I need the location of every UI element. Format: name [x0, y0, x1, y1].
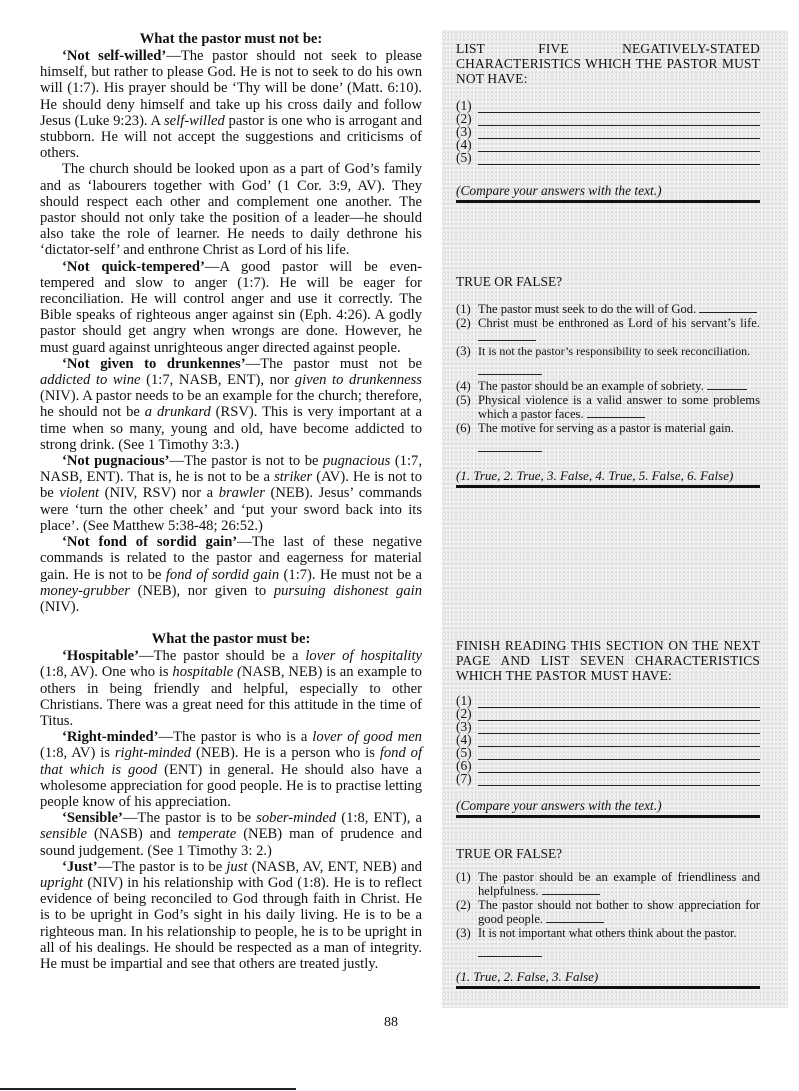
exercise-margin: LIST FIVE NEGATIVELY-STATED CHARACTERIST… [442, 30, 788, 1008]
answer-blank[interactable] [707, 379, 747, 390]
divider [456, 485, 760, 488]
quiz-item: (2)Christ must be enthroned as Lord of h… [456, 316, 760, 344]
bottom-rule [0, 1088, 296, 1090]
answer-line[interactable]: (7) [456, 773, 760, 786]
paragraph-not-self-willed: ‘Not self-willed’—The pastor should not … [40, 48, 422, 161]
exercise-heading: FINISH READING THIS SECTION ON THE NEXT … [456, 638, 760, 683]
answer-blank[interactable] [478, 749, 760, 760]
answer-blank[interactable] [478, 128, 760, 139]
answer-line[interactable]: (2) [456, 708, 760, 721]
term: ‘Not quick-tempered’ [62, 259, 205, 275]
term: ‘Hospitable’ [62, 648, 139, 664]
divider [456, 815, 760, 818]
quiz-title: TRUE OR FALSE? [456, 274, 760, 289]
answer-blank[interactable] [587, 407, 645, 418]
paragraph-right-minded: ‘Right-minded’—The pastor is who is a lo… [40, 729, 422, 810]
answer-blank[interactable] [478, 115, 760, 126]
answer-line[interactable]: (1) [456, 100, 760, 113]
quiz-item: (6)The motive for serving as a pastor is… [456, 421, 760, 435]
answer-blank[interactable] [478, 762, 760, 773]
answer-blank[interactable] [478, 775, 760, 786]
true-false-quiz-2: TRUE OR FALSE? (1)The pastor should be a… [456, 846, 760, 989]
answer-line[interactable]: (5) [456, 747, 760, 760]
divider [456, 986, 760, 989]
paragraph-not-fond-of-sordid-gain: ‘Not fond of sordid gain’—The last of th… [40, 534, 422, 615]
paragraph-not-given-to-drunkenness: ‘Not given to drunkennes’—The pastor mus… [40, 356, 422, 453]
quiz-item: (2)The pastor should not bother to show … [456, 898, 760, 926]
exercise-list-positive-characteristics: FINISH READING THIS SECTION ON THE NEXT … [456, 638, 760, 818]
answer-blank[interactable] [546, 912, 604, 923]
answer-line[interactable]: (3) [456, 126, 760, 139]
answer-line[interactable]: (3) [456, 721, 760, 734]
answer-blank[interactable] [478, 154, 760, 165]
quiz-item: (4)The pastor should be an example of so… [456, 379, 760, 393]
section-heading-must-be: What the pastor must be: [40, 631, 422, 648]
answer-blank[interactable] [699, 302, 757, 313]
quiz-title: TRUE OR FALSE? [456, 846, 760, 861]
paragraph-hospitable: ‘Hospitable’—The pastor should be a love… [40, 648, 422, 729]
answer-line[interactable]: (4) [456, 139, 760, 152]
true-false-quiz-1: TRUE OR FALSE? (1)The pastor must seek t… [456, 274, 760, 488]
answer-blank[interactable] [478, 102, 760, 113]
page-number: 88 [384, 1015, 398, 1031]
answer-line[interactable]: (5) [456, 152, 760, 165]
answer-blank[interactable] [478, 736, 760, 747]
answer-key: (1. True, 2. False, 3. False) [456, 969, 760, 984]
term: ‘Right-minded’ [62, 729, 158, 745]
quiz-item: (1)The pastor must seek to do the will o… [456, 302, 760, 316]
answer-blank[interactable] [478, 723, 760, 734]
compare-note: (Compare your answers with the text.) [456, 798, 760, 813]
answer-blank[interactable] [478, 710, 760, 721]
paragraph-not-pugnacious: ‘Not pugnacious’—The pastor is not to be… [40, 453, 422, 534]
exercise-list-negative-characteristics: LIST FIVE NEGATIVELY-STATED CHARACTERIST… [456, 41, 760, 203]
term: ‘Not pugnacious’ [62, 453, 170, 469]
answer-blank[interactable] [478, 141, 760, 152]
term: ‘Sensible’ [62, 810, 123, 826]
quiz-item: (5)Physical violence is a valid answer t… [456, 393, 760, 421]
divider [456, 200, 760, 203]
answer-blank[interactable] [478, 946, 542, 957]
term: ‘Not fond of sordid gain’ [62, 534, 237, 550]
answer-blank[interactable] [478, 441, 542, 452]
quiz-item: (3)It is not important what others think… [456, 926, 760, 940]
answer-key: (1. True, 2. True, 3. False, 4. True, 5.… [456, 468, 760, 483]
body-text-column: What the pastor must not be: ‘Not self-w… [40, 31, 422, 972]
answer-blank[interactable] [478, 364, 542, 375]
answer-blank[interactable] [542, 884, 600, 895]
quiz-item: (3)It is not the pastor’s responsibility… [456, 344, 760, 358]
answer-blank[interactable] [478, 330, 536, 341]
answer-line[interactable]: (1) [456, 695, 760, 708]
compare-note: (Compare your answers with the text.) [456, 183, 760, 198]
section-heading-must-not-be: What the pastor must not be: [40, 31, 422, 48]
answer-line[interactable]: (2) [456, 113, 760, 126]
exercise-heading: LIST FIVE NEGATIVELY-STATED CHARACTERIST… [456, 41, 760, 86]
paragraph-just: ‘Just’—The pastor is to be just (NASB, A… [40, 859, 422, 972]
term: ‘Not self-willed’ [62, 48, 166, 64]
term: ‘Not given to drunkennes’ [62, 356, 246, 372]
answer-blank[interactable] [478, 697, 760, 708]
paragraph-sensible: ‘Sensible’—The pastor is to be sober-min… [40, 810, 422, 859]
term: ‘Just’ [62, 859, 98, 875]
answer-line[interactable]: (4) [456, 734, 760, 747]
paragraph-church-family: The church should be looked upon as a pa… [40, 161, 422, 258]
answer-line[interactable]: (6) [456, 760, 760, 773]
quiz-item: (1)The pastor should be an example of fr… [456, 870, 760, 898]
paragraph-not-quick-tempered: ‘Not quick-tempered’—A good pastor will … [40, 259, 422, 356]
